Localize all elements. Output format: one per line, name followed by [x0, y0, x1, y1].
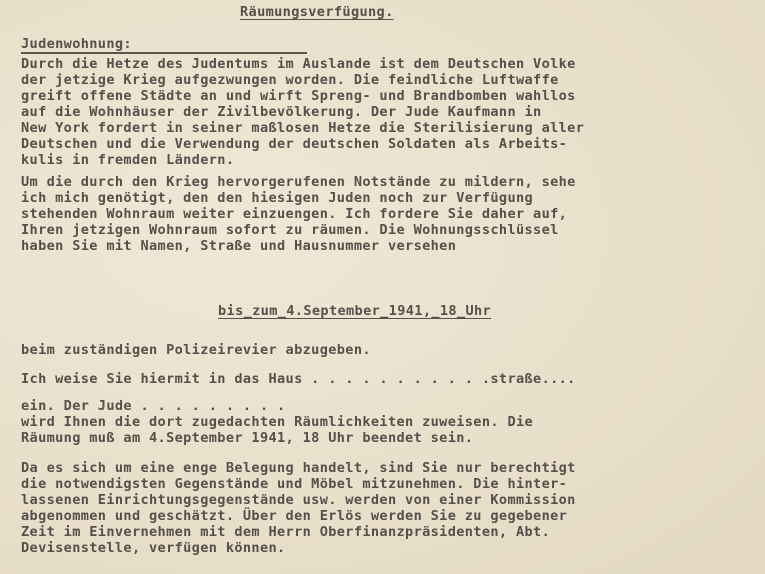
- subheading: Judenwohnung:: [21, 36, 132, 52]
- paragraph-4-line: Devisenstelle, verfügen können.: [21, 540, 286, 556]
- paragraph-1-line: der jetzige Krieg aufgezwungen worden. D…: [21, 72, 559, 88]
- paragraph-2-line: haben Sie mit Namen, Straße und Hausnumm…: [21, 238, 456, 254]
- paragraph-3-line: Räumung muß am 4.September 1941, 18 Uhr …: [21, 430, 473, 446]
- paragraph-4-line: Zeit im Einvernehmen mit dem Herrn Oberf…: [21, 524, 550, 540]
- paragraph-1-line: auf die Wohnhäuser der Zivilbevölkerung.…: [21, 104, 542, 120]
- house-assignment: Ich weise Sie hiermit in das Haus . . . …: [21, 371, 576, 387]
- deadline-line: bis_zum_4.September_1941,_18_Uhr: [218, 303, 491, 319]
- paragraph-4-line: die notwendigsten Gegenstände und Möbel …: [21, 476, 567, 492]
- paragraph-4-line: Da es sich um eine enge Belegung handelt…: [21, 460, 576, 476]
- document-title: Räumungsverfügung.: [240, 4, 394, 20]
- paragraph-2-line: Um die durch den Krieg hervorgerufenen N…: [21, 174, 576, 190]
- paragraph-1-line: kulis in fremden Ländern.: [21, 152, 234, 168]
- paragraph-2-line: ich mich genötigt, den den hiesigen Jude…: [21, 190, 533, 206]
- paragraph-1-line: greift offene Städte an und wirft Spreng…: [21, 88, 576, 104]
- paragraph-4-line: lassenen Einrichtungsgegenstände usw. we…: [21, 492, 576, 508]
- police-instruction: beim zuständigen Polizeirevier abzugeben…: [21, 342, 371, 358]
- paragraph-1-line: Deutschen und die Verwendung der deutsch…: [21, 136, 567, 152]
- paragraph-3-line: wird Ihnen die dort zugedachten Räumlich…: [21, 414, 533, 430]
- paragraph-2-line: Ihren jetzigen Wohnraum sofort zu räumen…: [21, 222, 559, 238]
- subheading-underline: [21, 52, 307, 54]
- paragraph-1-line: Durch die Hetze des Judentums im Ausland…: [21, 56, 576, 72]
- paragraph-2-line: stehenden Wohnraum weiter einzuengen. Ic…: [21, 206, 567, 222]
- paragraph-3-line: ein. Der Jude . . . . . . . . .: [21, 398, 286, 414]
- paragraph-1-line: New York fordert in seiner maßlosen Hetz…: [21, 120, 584, 136]
- paragraph-4-line: abgenommen und geschätzt. Über den Erlös…: [21, 508, 567, 524]
